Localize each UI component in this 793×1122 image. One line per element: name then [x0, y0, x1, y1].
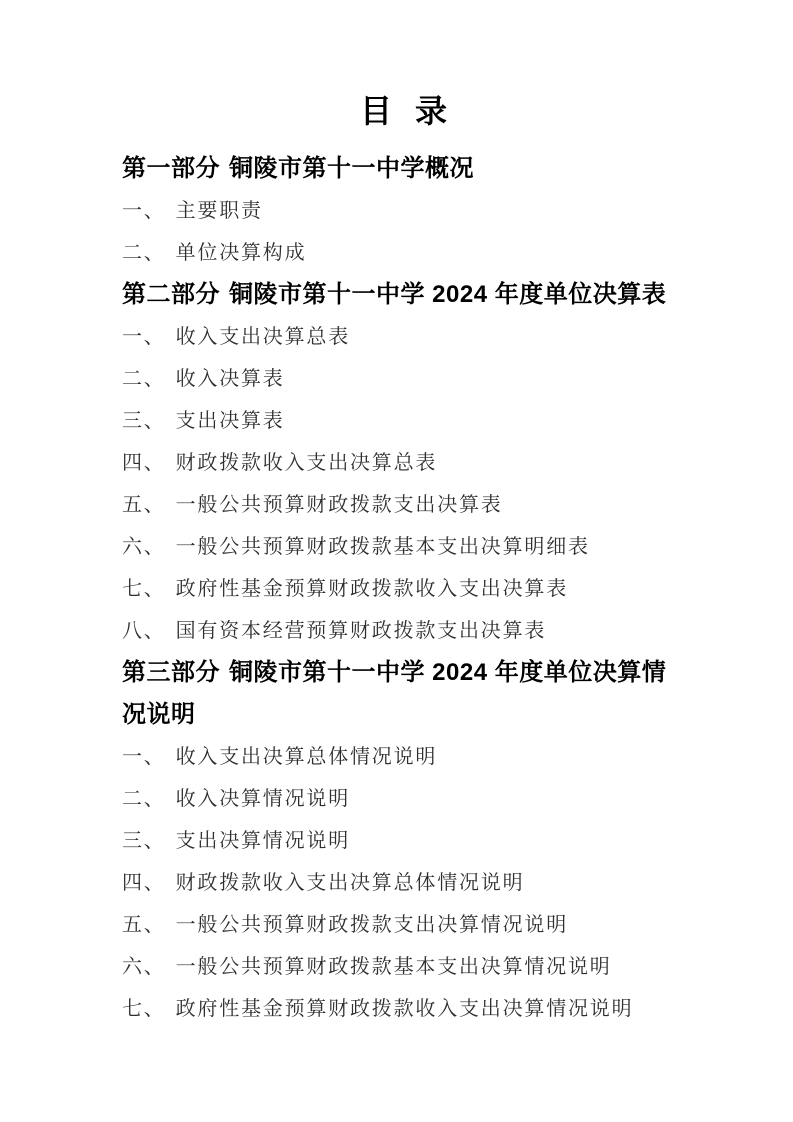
item-label: 政府性基金预算财政拨款收入支出决算情况说明: [176, 998, 634, 1020]
item-number: 三、: [122, 830, 166, 852]
item-number: 一、: [122, 200, 166, 222]
section-title: 铜陵市第十一中学 2024 年度单位决算表: [229, 281, 666, 308]
section-part-3: 第三部分铜陵市第十一中学 2024 年度单位决算情况说明 一、收入支出决算总体情…: [122, 652, 687, 1030]
toc-item: 五、一般公共预算财政拨款支出决算表: [122, 484, 687, 526]
item-label: 一般公共预算财政拨款支出决算表: [176, 494, 503, 516]
item-number: 四、: [122, 872, 166, 894]
item-label: 主要职责: [176, 200, 263, 222]
item-number: 七、: [122, 998, 166, 1020]
item-number: 八、: [122, 620, 166, 642]
item-number: 三、: [122, 410, 166, 432]
item-label: 收入决算表: [176, 368, 285, 390]
toc-item: 八、国有资本经营预算财政拨款支出决算表: [122, 610, 687, 652]
toc-item: 三、支出决算情况说明: [122, 820, 687, 862]
toc-item: 七、政府性基金预算财政拨款收入支出决算情况说明: [122, 988, 687, 1030]
item-number: 二、: [122, 788, 166, 810]
item-label: 一般公共预算财政拨款基本支出决算情况说明: [176, 956, 612, 978]
toc-item: 一、收入支出决算总体情况说明: [122, 736, 687, 778]
section-heading: 第一部分铜陵市第十一中学概况: [122, 148, 687, 190]
item-label: 收入支出决算总体情况说明: [176, 746, 438, 768]
item-number: 六、: [122, 536, 166, 558]
item-label: 收入决算情况说明: [176, 788, 350, 810]
toc-item: 四、财政拨款收入支出决算总表: [122, 442, 687, 484]
item-number: 五、: [122, 494, 166, 516]
toc-item: 二、单位决算构成: [122, 232, 687, 274]
item-label: 国有资本经营预算财政拨款支出决算表: [176, 620, 547, 642]
section-title: 铜陵市第十一中学概况: [229, 155, 474, 182]
toc-item: 二、收入决算表: [122, 358, 687, 400]
toc-item: 六、一般公共预算财政拨款基本支出决算明细表: [122, 526, 687, 568]
item-label: 一般公共预算财政拨款支出决算情况说明: [176, 914, 568, 936]
toc-item: 一、主要职责: [122, 190, 687, 232]
toc-item: 五、一般公共预算财政拨款支出决算情况说明: [122, 904, 687, 946]
document-title: 目 录: [122, 90, 687, 132]
item-number: 一、: [122, 746, 166, 768]
toc-item: 二、收入决算情况说明: [122, 778, 687, 820]
item-label: 支出决算情况说明: [176, 830, 350, 852]
item-number: 四、: [122, 452, 166, 474]
toc-item: 四、财政拨款收入支出决算总体情况说明: [122, 862, 687, 904]
item-label: 政府性基金预算财政拨款收入支出决算表: [176, 578, 568, 600]
document-page: 目 录 第一部分铜陵市第十一中学概况 一、主要职责 二、单位决算构成 第二部分铜…: [0, 0, 793, 1122]
item-label: 财政拨款收入支出决算总体情况说明: [176, 872, 525, 894]
item-number: 二、: [122, 242, 166, 264]
toc-item: 三、支出决算表: [122, 400, 687, 442]
toc-item: 六、一般公共预算财政拨款基本支出决算情况说明: [122, 946, 687, 988]
section-number: 第二部分: [122, 281, 220, 308]
section-part-2: 第二部分铜陵市第十一中学 2024 年度单位决算表 一、收入支出决算总表 二、收…: [122, 274, 687, 652]
toc-item: 一、收入支出决算总表: [122, 316, 687, 358]
item-number: 六、: [122, 956, 166, 978]
section-part-1: 第一部分铜陵市第十一中学概况 一、主要职责 二、单位决算构成: [122, 148, 687, 274]
item-number: 一、: [122, 326, 166, 348]
section-number: 第一部分: [122, 155, 220, 182]
item-number: 二、: [122, 368, 166, 390]
item-number: 七、: [122, 578, 166, 600]
item-label: 一般公共预算财政拨款基本支出决算明细表: [176, 536, 590, 558]
section-heading: 第三部分铜陵市第十一中学 2024 年度单位决算情况说明: [122, 652, 687, 736]
item-label: 单位决算构成: [176, 242, 307, 264]
item-label: 支出决算表: [176, 410, 285, 432]
item-label: 财政拨款收入支出决算总表: [176, 452, 438, 474]
item-number: 五、: [122, 914, 166, 936]
toc-item: 七、政府性基金预算财政拨款收入支出决算表: [122, 568, 687, 610]
section-number: 第三部分: [122, 659, 220, 686]
section-heading: 第二部分铜陵市第十一中学 2024 年度单位决算表: [122, 274, 687, 316]
item-label: 收入支出决算总表: [176, 326, 350, 348]
